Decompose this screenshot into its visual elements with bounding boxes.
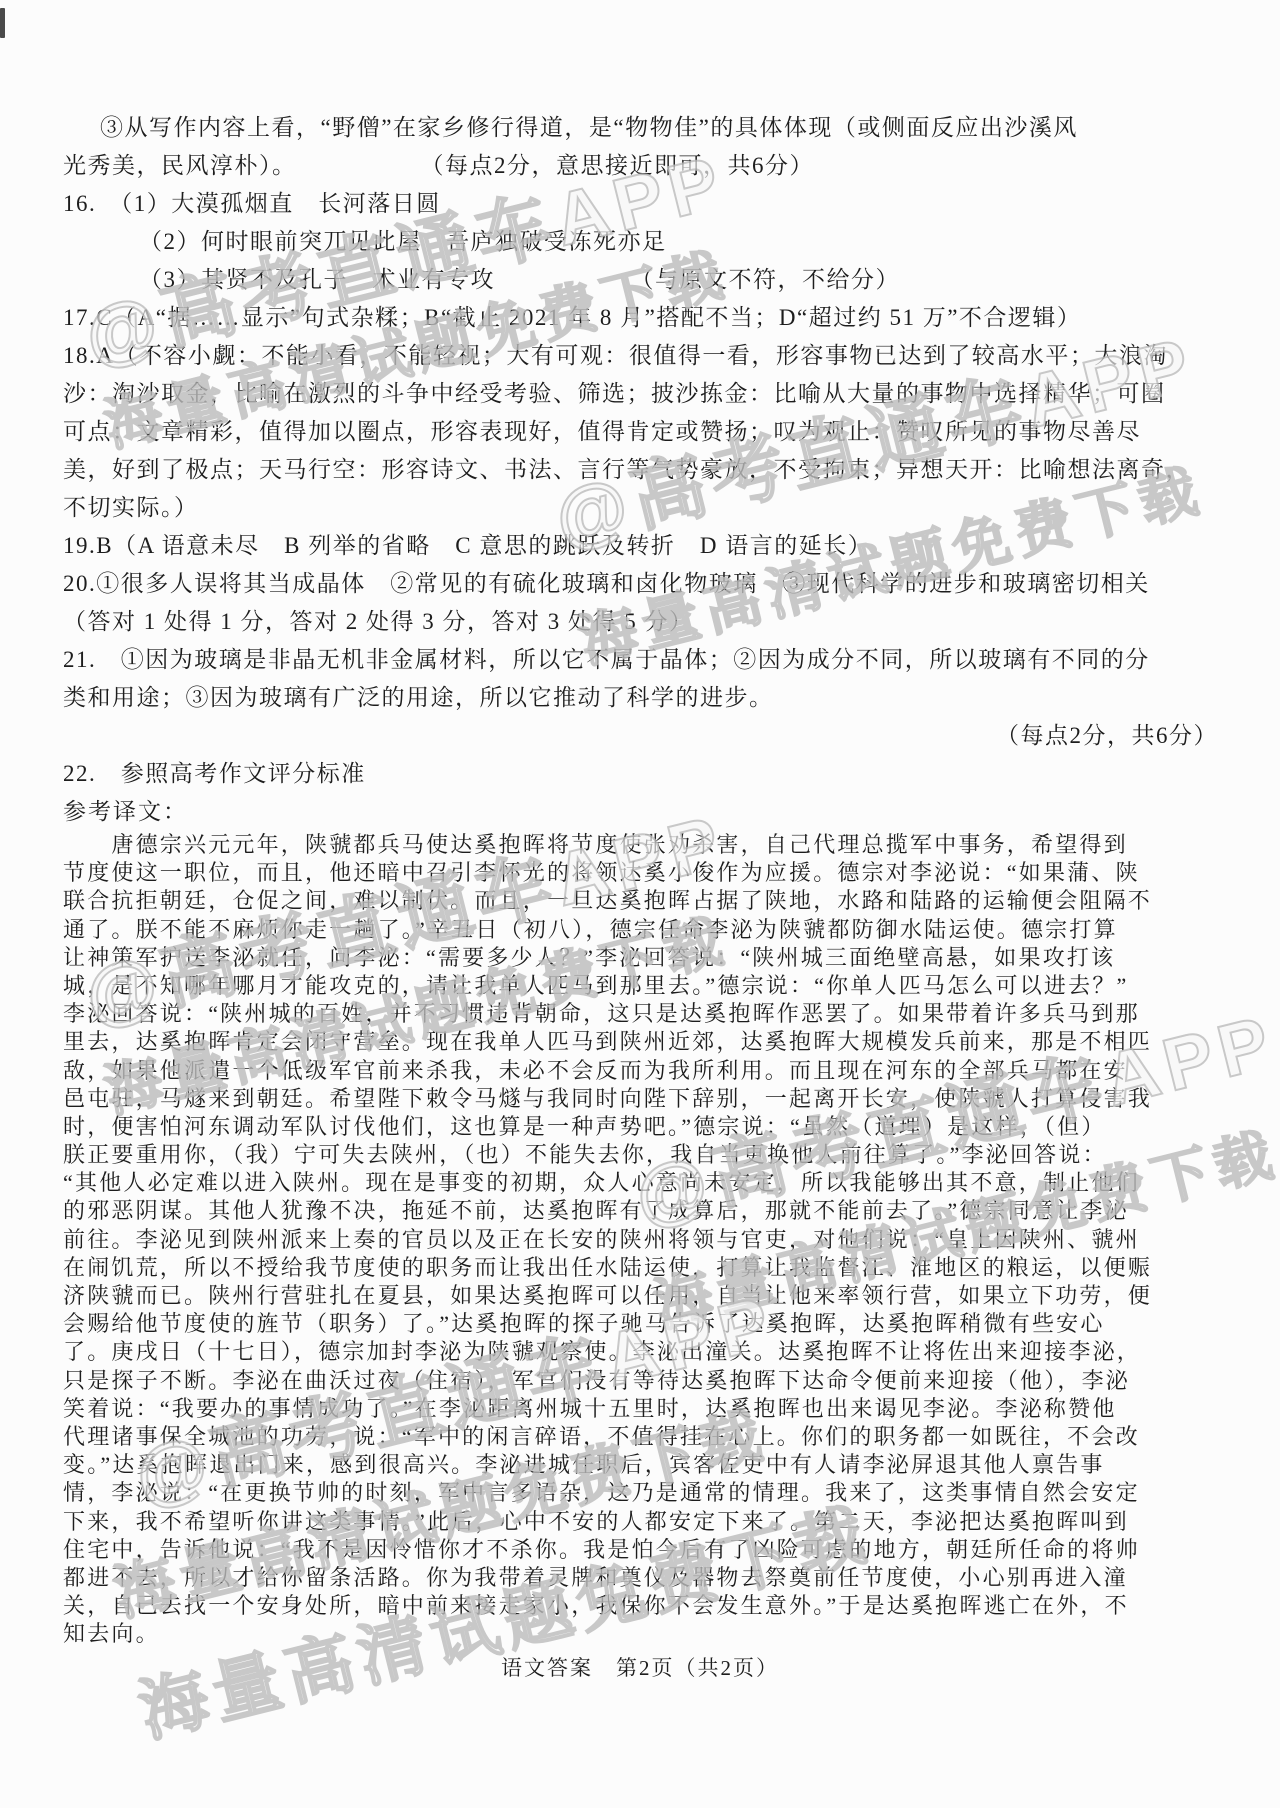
text-line: 21. ①因为玻璃是非晶无机非金属材料，所以它不属于晶体；②因为成分不同，所以玻… bbox=[63, 641, 1218, 679]
translation-heading: 参考译文： bbox=[63, 797, 188, 827]
text-line: 光秀美，民风淳朴）。 （每点2分，意思接近即可，共6分） bbox=[63, 147, 1218, 185]
text-line: （答对 1 处得 1 分，答对 2 处得 3 分，答对 3 处得 5 分） bbox=[63, 603, 1218, 641]
text-line: 里去，达奚抱晖肯定会闭守营垒。现在我单人匹马到陕州近郊，达奚抱晖大规模发兵前来，… bbox=[63, 1028, 1218, 1056]
text-line: （每点2分，共6分） bbox=[63, 717, 1218, 755]
text-line: 沙：淘沙取金，比喻在激烈的斗争中经受考验、筛选；披沙拣金：比喻从大量的事物中选择… bbox=[63, 375, 1218, 413]
text-line: 城，是不知哪年哪月才能攻克的，请让我单人匹马到那里去。”德宗说：“你单人匹马怎么… bbox=[63, 972, 1218, 1000]
text-line: 时，便害怕河东调动军队讨伐他们，这也算是一种声势吧。”德宗说：“虽然（道理）是这… bbox=[63, 1113, 1218, 1141]
text-line: 在闹饥荒，所以不授给我节度使的职务而让我出任水陆运使，打算让我监督江、淮地区的粮… bbox=[63, 1254, 1218, 1282]
text-line: 代理诸事保全城池的功劳，说：“军中的闲言碎语，不值得挂在心上。你们的职务都一如既… bbox=[63, 1423, 1218, 1451]
text-line: 都进不去，所以才给你留条活路。你为我带着灵牌和奠仪及器物去祭奠前任节度使，小心别… bbox=[63, 1564, 1218, 1592]
text-line: 变。”达奚抱晖退出门来，感到很高兴。李泌进城任职后，宾客佐吏中有人请李泌屏退其他… bbox=[63, 1451, 1218, 1479]
text-line: 让神策军护送李泌就任，问李泌：“需要多少人？”李泌回答说：“陕州城三面绝壁高悬，… bbox=[63, 944, 1218, 972]
text-line: 住宅中，告诉他说：“我不是因怜惜你才不杀你。我是怕今后有了凶险可虑的地方，朝廷所… bbox=[63, 1536, 1218, 1564]
text-line: 16. （1）大漠孤烟直 长河落日圆 bbox=[63, 185, 1218, 223]
text-line: 22. 参照高考作文评分标准 bbox=[63, 755, 1218, 793]
text-line: 19.B（A 语意未尽 B 列举的省略 C 意思的跳跃及转折 D 语言的延长） bbox=[63, 527, 1218, 565]
text-line: 朕正要重用你，（我）宁可失去陕州，（也）不能失去你，我自当更换他人前往算了。”李… bbox=[63, 1141, 1218, 1169]
text-line: 济陕虢而已。陕州行营驻扎在夏县，如果达奚抱晖可以任用，自当让他来率领行营，如果立… bbox=[63, 1282, 1218, 1310]
text-line: 笑着说：“我要办的事情成功了。”在李泌距离州城十五里时，达奚抱晖也出来谒见李泌。… bbox=[63, 1395, 1218, 1423]
text-line: 会赐给他节度使的旌节（职务）了。”达奚抱晖的探子驰马告诉了达奚抱晖，达奚抱晖稍微… bbox=[63, 1310, 1218, 1338]
text-line: 20.①很多人误将其当成晶体 ②常见的有硫化玻璃和卤化物玻璃 ③现代科学的进步和… bbox=[63, 565, 1218, 603]
text-line: “其他人必定难以进入陕州。现在是事变的初期，众人心意尚未安定，所以我能够出其不意… bbox=[63, 1169, 1218, 1197]
text-line: 邑屯驻，马燧来到朝廷。希望陛下敕令马燧与我同时向陛下辞别，一起离开长安，使陕虢人… bbox=[63, 1085, 1218, 1113]
text-line: 唐德宗兴元元年，陕虢都兵马使达奚抱晖将节度使张劝杀害，自己代理总揽军中事务，希望… bbox=[63, 831, 1218, 859]
text-line: 通了。朕不能不麻烦你走一趟了。”辛丑日（初八），德宗任命李泌为陕虢都防御水陆运使… bbox=[63, 916, 1218, 944]
text-line: 只是探子不断。李泌在曲沃过夜（住宿），军官们没有等待达奚抱晖下达命令便前来迎接（… bbox=[63, 1367, 1218, 1395]
text-line: 知去向。 bbox=[63, 1620, 1218, 1648]
page-footer: 语文答案 第2页（共2页） bbox=[0, 1652, 1280, 1682]
text-line: 联合抗拒朝廷，仓促之间，难以制伏。而且，一旦达奚抱晖占据了陕地，水路和陆路的运输… bbox=[63, 887, 1218, 915]
text-line: ③从写作内容上看，“野僧”在家乡修行得道，是“物物佳”的具体体现（或侧面反应出沙… bbox=[63, 109, 1218, 147]
scan-artifact bbox=[0, 8, 5, 38]
text-line: 情，李泌说：“在更换节帅的时刻，军中言多语杂，这乃是通常的情理。我来了，这类事情… bbox=[63, 1479, 1218, 1507]
text-line: 关，自己去找一个安身处所，暗中前来接走家小，我保你不会发生意外。”于是达奚抱晖逃… bbox=[63, 1592, 1218, 1620]
text-line: 下来，我不希望听你讲这类事情。”此后，心中不安的人都安定下来了。第二天，李泌把达… bbox=[63, 1508, 1218, 1536]
text-line: 李泌回答说：“陕州城的百姓，并不习惯违背朝命，这只是达奚抱晖作恶罢了。如果带着许… bbox=[63, 1000, 1218, 1028]
answers-section: ③从写作内容上看，“野僧”在家乡修行得道，是“物物佳”的具体体现（或侧面反应出沙… bbox=[63, 109, 1218, 793]
text-line: 类和用途；③因为玻璃有广泛的用途，所以它推动了科学的进步。 bbox=[63, 679, 1218, 717]
text-line: 可点：文章精彩，值得加以圈点，形容表现好，值得肯定或赞扬；叹为观止：赞叹所见的事… bbox=[63, 413, 1218, 451]
text-line: （3）其贤不及孔子 术业有专攻 （与原文不符，不给分） bbox=[63, 261, 1218, 299]
text-line: 不切实际。） bbox=[63, 489, 1218, 527]
text-line: 节度使这一职位，而且，他还暗中召引李怀光的将领达奚小俊作为应援。德宗对李泌说：“… bbox=[63, 859, 1218, 887]
scanned-answer-page: ③从写作内容上看，“野僧”在家乡修行得道，是“物物佳”的具体体现（或侧面反应出沙… bbox=[0, 0, 1280, 1808]
text-line: 前往。李泌见到陕州派来上奏的官员以及正在长安的陕州将领与官吏，对他们说：“皇上因… bbox=[63, 1226, 1218, 1254]
text-line: 敌，如果他派遣一个低级军官前来杀我，未必不会反而为我所利用。而且现在河东的全部兵… bbox=[63, 1057, 1218, 1085]
text-line: 18.A（不容小觑：不能小看，不能轻视；大有可观：很值得一看，形容事物已达到了较… bbox=[63, 337, 1218, 375]
text-line: 的邪恶阴谋。其他人犹豫不决，拖延不前，达奚抱晖有了成算后，那就不能前去了。”德宗… bbox=[63, 1197, 1218, 1225]
text-line: 美，好到了极点；天马行空：形容诗文、书法、言行等气势豪放，不受拘束；异想天开：比… bbox=[63, 451, 1218, 489]
translation-section: 唐德宗兴元元年，陕虢都兵马使达奚抱晖将节度使张劝杀害，自己代理总揽军中事务，希望… bbox=[63, 831, 1218, 1648]
text-line: 17.C（A“据……显示”句式杂糅；B“截止 2021 年 8 月”搭配不当；D… bbox=[63, 299, 1218, 337]
text-line: （2）何时眼前突兀见此屋 吾庐独破受冻死亦足 bbox=[63, 223, 1218, 261]
text-line: 了。庚戌日（十七日），德宗加封李泌为陕虢观察使。李泌出潼关。达奚抱晖不让将佐出来… bbox=[63, 1338, 1218, 1366]
